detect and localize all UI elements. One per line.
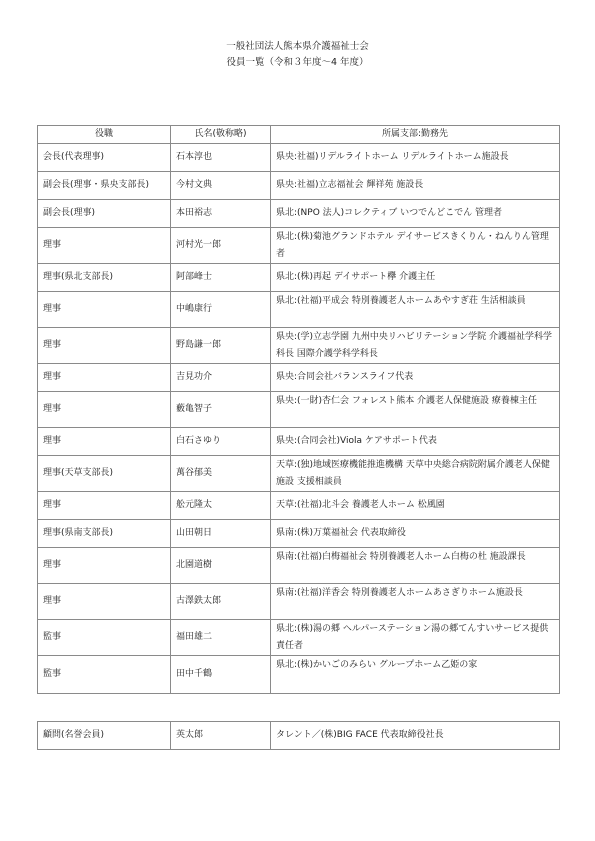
cell-affiliation: 県南:(社福)洋香会 特別養護老人ホームあさぎりホーム施設長: [271, 584, 560, 620]
cell-affiliation: 県南:(社福)白梅福祉会 特別養護老人ホーム白梅の杜 施設課長: [271, 548, 560, 584]
cell-name: 山田朝日: [171, 520, 271, 548]
cell-role: 会長(代表理事): [38, 144, 171, 172]
table-row: 副会長(理事) 本田裕志 県北:(NPO 法人)コレクティブ いつでんどこでん …: [38, 200, 560, 228]
table-row: 理事 中嶋康行 県北:(社福)平成会 特別養護老人ホームあやすぎ荘 生活相談員: [38, 292, 560, 328]
table-row: 理事 舩元隆太 天草:(社福)北斗会 養護老人ホーム 松風園: [38, 492, 560, 520]
header-affiliation: 所属支部:勤務先: [271, 126, 560, 144]
cell-name: 阿部峰士: [171, 264, 271, 292]
cell-role: 副会長(理事・県央支部長): [38, 172, 171, 200]
table-row: 理事 藪亀智子 県央:(一財)杏仁会 フォレスト熊本 介護老人保健施設 療養棟主…: [38, 392, 560, 428]
cell-affiliation: 県央:(学)立志学園 九州中央リハビリテーション学院 介護福祉学科学科長 国際介…: [271, 328, 560, 364]
table-header-row: 役職 氏名(敬称略) 所属支部:勤務先: [38, 126, 560, 144]
cell-affiliation: 県北:(株)再起 デイサポート欅 介護主任: [271, 264, 560, 292]
cell-affiliation: 県央:合同会社バランスライフ代表: [271, 364, 560, 392]
advisor-row: 顧問(名誉会員) 英太郎 タレント／(株)BIG FACE 代表取締役社長: [38, 722, 560, 750]
cell-affiliation: 県南:(株)万葉福祉会 代表取締役: [271, 520, 560, 548]
table-row: 監事 福田雄二 県北:(株)湯の郷 ヘルパーステーション湯の郷てんすいサービス提…: [38, 620, 560, 656]
cell-name: 本田裕志: [171, 200, 271, 228]
table-row: 会長(代表理事) 石本淳也 県央:社福)リデルライトホーム リデルライトホーム施…: [38, 144, 560, 172]
table-row: 監事 田中千鶴 県北:(株)かいごのみらい グループホーム乙姫の家: [38, 656, 560, 694]
cell-role: 理事: [38, 428, 171, 456]
officers-table: 役職 氏名(敬称略) 所属支部:勤務先 会長(代表理事) 石本淳也 県央:社福)…: [37, 125, 560, 694]
table-row: 理事 野島謙一郎 県央:(学)立志学園 九州中央リハビリテーション学院 介護福祉…: [38, 328, 560, 364]
cell-role: 監事: [38, 620, 171, 656]
cell-name: 古澤鉄太郎: [171, 584, 271, 620]
cell-name: 福田雄二: [171, 620, 271, 656]
table-row: 理事 河村光一郎 県北:(株)菊池グランドホテル デイサービスきくりん・ねんりん…: [38, 228, 560, 264]
cell-name: 白石さゆり: [171, 428, 271, 456]
cell-affiliation: 県北:(株)湯の郷 ヘルパーステーション湯の郷てんすいサービス提供責任者: [271, 620, 560, 656]
cell-affiliation: 県北:(社福)平成会 特別養護老人ホームあやすぎ荘 生活相談員: [271, 292, 560, 328]
advisor-role: 顧問(名誉会員): [38, 722, 171, 750]
header-role: 役職: [38, 126, 171, 144]
table-row: 理事 北園道樹 県南:(社福)白梅福祉会 特別養護老人ホーム白梅の杜 施設課長: [38, 548, 560, 584]
cell-affiliation: 県央:社福)リデルライトホーム リデルライトホーム施設長: [271, 144, 560, 172]
table-row: 理事 古澤鉄太郎 県南:(社福)洋香会 特別養護老人ホームあさぎりホーム施設長: [38, 584, 560, 620]
cell-role: 理事: [38, 292, 171, 328]
table-row: 理事 白石さゆり 県央:(合同会社)Viola ケアサポート代表: [38, 428, 560, 456]
cell-role: 副会長(理事): [38, 200, 171, 228]
table-row: 理事(県北支部長) 阿部峰士 県北:(株)再起 デイサポート欅 介護主任: [38, 264, 560, 292]
table-row: 理事 吉見功介 県央:合同会社バランスライフ代表: [38, 364, 560, 392]
cell-affiliation: 県央:社福)立志福祉会 輝祥苑 施設長: [271, 172, 560, 200]
cell-role: 理事: [38, 584, 171, 620]
cell-affiliation: 県央:(合同会社)Viola ケアサポート代表: [271, 428, 560, 456]
cell-affiliation: 県北:(株)菊池グランドホテル デイサービスきくりん・ねんりん管理者: [271, 228, 560, 264]
cell-role: 理事: [38, 492, 171, 520]
cell-name: 河村光一郎: [171, 228, 271, 264]
cell-affiliation: 県北:(NPO 法人)コレクティブ いつでんどこでん 管理者: [271, 200, 560, 228]
cell-name: 中嶋康行: [171, 292, 271, 328]
document-subtitle: 役員一覧（令和３年度～4 年度）: [0, 56, 595, 70]
cell-affiliation: 県央:(一財)杏仁会 フォレスト熊本 介護老人保健施設 療養棟主任: [271, 392, 560, 428]
table-row: 副会長(理事・県央支部長) 今村文典 県央:社福)立志福祉会 輝祥苑 施設長: [38, 172, 560, 200]
cell-role: 理事: [38, 548, 171, 584]
cell-role: 理事: [38, 228, 171, 264]
table-row: 理事(県南支部長) 山田朝日 県南:(株)万葉福祉会 代表取締役: [38, 520, 560, 548]
cell-role: 理事: [38, 328, 171, 364]
cell-role: 理事: [38, 364, 171, 392]
cell-name: 石本淳也: [171, 144, 271, 172]
cell-name: 萬谷郁美: [171, 456, 271, 492]
cell-role: 理事(天草支部長): [38, 456, 171, 492]
cell-role: 理事(県北支部長): [38, 264, 171, 292]
cell-affiliation: 天草:(社福)北斗会 養護老人ホーム 松風園: [271, 492, 560, 520]
cell-affiliation: 県北:(株)かいごのみらい グループホーム乙姫の家: [271, 656, 560, 694]
cell-name: 北園道樹: [171, 548, 271, 584]
cell-role: 理事(県南支部長): [38, 520, 171, 548]
table-row: 理事(天草支部長) 萬谷郁美 天草:(独)地域医療機能推進機構 天草中央総合病院…: [38, 456, 560, 492]
advisor-name: 英太郎: [171, 722, 271, 750]
cell-name: 藪亀智子: [171, 392, 271, 428]
cell-role: 理事: [38, 392, 171, 428]
document-title: 一般社団法人熊本県介護福祉士会: [0, 40, 595, 54]
advisor-table: 顧問(名誉会員) 英太郎 タレント／(株)BIG FACE 代表取締役社長: [37, 721, 560, 750]
cell-name: 今村文典: [171, 172, 271, 200]
header-name: 氏名(敬称略): [171, 126, 271, 144]
cell-affiliation: 天草:(独)地域医療機能推進機構 天草中央総合病院附属介護老人保健施設 支援相談…: [271, 456, 560, 492]
cell-name: 舩元隆太: [171, 492, 271, 520]
cell-name: 田中千鶴: [171, 656, 271, 694]
advisor-affiliation: タレント／(株)BIG FACE 代表取締役社長: [271, 722, 560, 750]
cell-role: 監事: [38, 656, 171, 694]
cell-name: 野島謙一郎: [171, 328, 271, 364]
cell-name: 吉見功介: [171, 364, 271, 392]
